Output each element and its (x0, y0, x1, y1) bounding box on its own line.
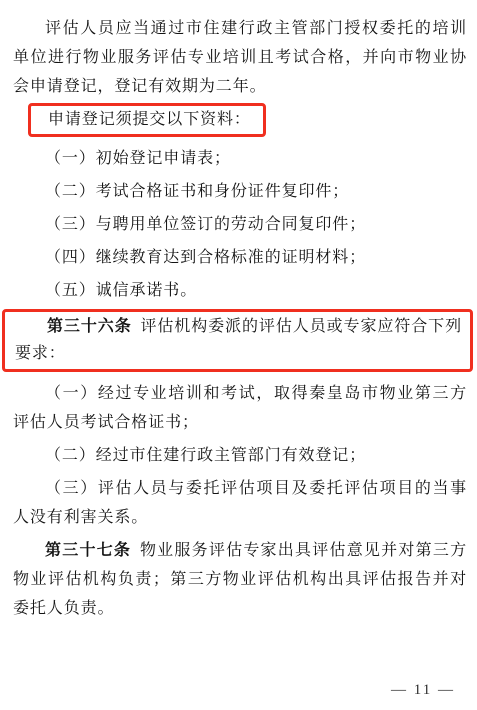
article37-label: 第三十七条 (45, 542, 131, 559)
list2-item-1: （一）经过专业培训和考试，取得秦皇岛市物业第三方评估人员考试合格证书； (13, 379, 467, 437)
list1-item-4: （四）继续教育达到合格标准的证明材料； (13, 243, 467, 272)
list2-item-3: （三）评估人员与委托评估项目及委托评估项目的当事人没有利害关系。 (13, 474, 467, 532)
list1-item-3: （三）与聘用单位签订的劳动合同复印件； (13, 210, 467, 239)
highlight-box-article36: 第三十六条评估机构委派的评估人员或专家应符合下列要求： (2, 309, 473, 372)
article36-paragraph: 第三十六条评估机构委派的评估人员或专家应符合下列要求： (15, 314, 462, 367)
list1-item-5: （五）诚信承诺书。 (13, 276, 467, 305)
boxed-heading-materials: 申请登记须提交以下资料： (48, 111, 251, 128)
document-page: 评估人员应当通过市住建行政主管部门授权委托的培训单位进行物业服务评估专业培训且考… (0, 0, 477, 710)
highlight-box-materials: 申请登记须提交以下资料： (28, 103, 266, 137)
page-number: — 11 — (391, 681, 455, 699)
list1-item-2: （二）考试合格证书和身份证件复印件； (13, 177, 467, 206)
list1-item-1: （一）初始登记申请表； (13, 144, 467, 173)
paragraph-training-registration: 评估人员应当通过市住建行政主管部门授权委托的培训单位进行物业服务评估专业培训且考… (13, 14, 467, 101)
article37-paragraph: 第三十七条物业服务评估专家出具评估意见并对第三方物业评估机构负责；第三方物业评估… (13, 536, 467, 623)
article36-label: 第三十六条 (47, 318, 132, 335)
list2-item-2: （二）经过市住建行政主管部门有效登记； (13, 441, 467, 470)
